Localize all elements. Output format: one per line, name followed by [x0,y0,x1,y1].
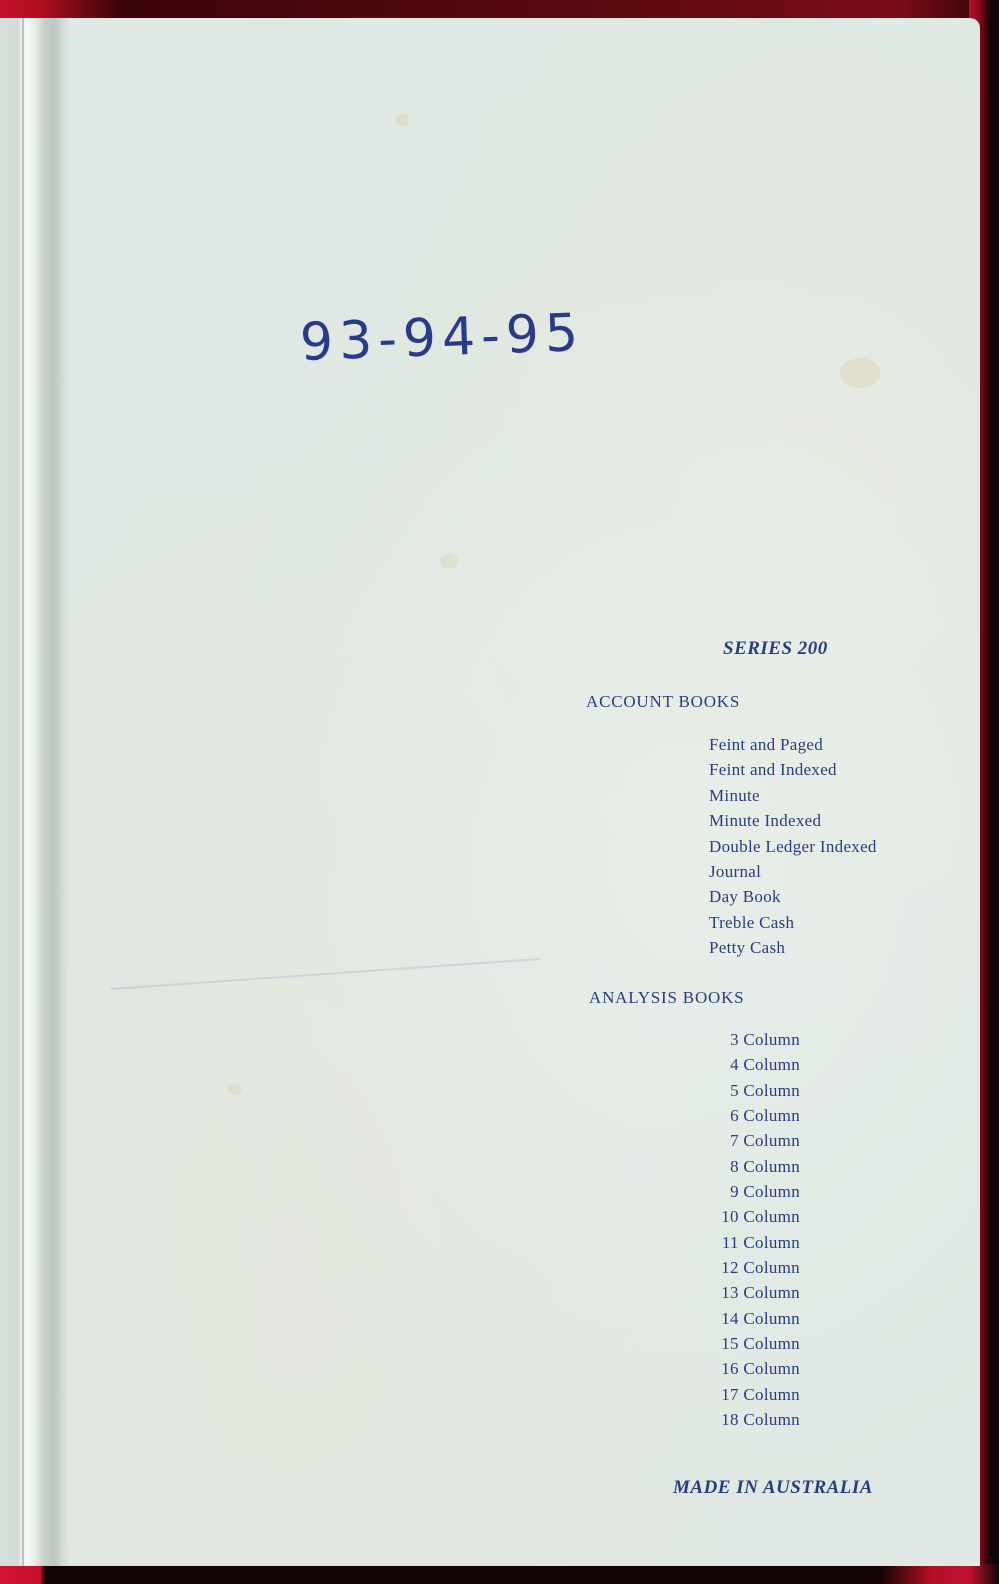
list-item: 8 Column [700,1154,800,1179]
foxing-spot [228,1083,242,1095]
foxing-spot [440,553,458,569]
list-item: 18 Column [700,1407,800,1432]
handwritten-years-note: 93-94-95 [299,303,585,373]
list-item: 13 Column [700,1280,800,1305]
foxing-spot [395,113,409,127]
list-item: 7 Column [700,1128,800,1153]
foxing-spot [840,358,880,388]
list-item: Minute [709,783,877,808]
list-item: Treble Cash [709,910,877,935]
pencil-mark [110,958,539,990]
analysis-books-heading: ANALYSIS BOOKS [589,988,744,1008]
series-title: SERIES 200 [723,638,828,660]
list-item: 10 Column [700,1204,800,1229]
list-item: Feint and Paged [709,732,877,757]
list-item: Day Book [709,884,877,909]
list-item: 16 Column [700,1356,800,1381]
list-item: 17 Column [700,1382,800,1407]
account-books-list: Feint and Paged Feint and Indexed Minute… [709,732,877,961]
made-in-australia-footer: MADE IN AUSTRALIA [673,1477,873,1499]
list-item: 4 Column [700,1052,800,1077]
cover-edge-bottom [0,1564,999,1584]
list-item: Feint and Indexed [709,757,877,782]
analysis-books-list: 3 Column 4 Column 5 Column 6 Column 7 Co… [700,1027,800,1433]
spine-crease [22,18,24,1566]
list-item: 3 Column [700,1027,800,1052]
book-spine-gutter [0,18,70,1566]
list-item: 11 Column [700,1230,800,1255]
list-item: 12 Column [700,1255,800,1280]
list-item: Double Ledger Indexed [709,834,877,859]
account-books-heading: ACCOUNT BOOKS [586,692,740,712]
list-item: 14 Column [700,1306,800,1331]
list-item: 5 Column [700,1078,800,1103]
list-item: Journal [709,859,877,884]
list-item: 9 Column [700,1179,800,1204]
list-item: 15 Column [700,1331,800,1356]
list-item: Petty Cash [709,935,877,960]
cover-edge-top [0,0,999,18]
list-item: Minute Indexed [709,808,877,833]
list-item: 6 Column [700,1103,800,1128]
